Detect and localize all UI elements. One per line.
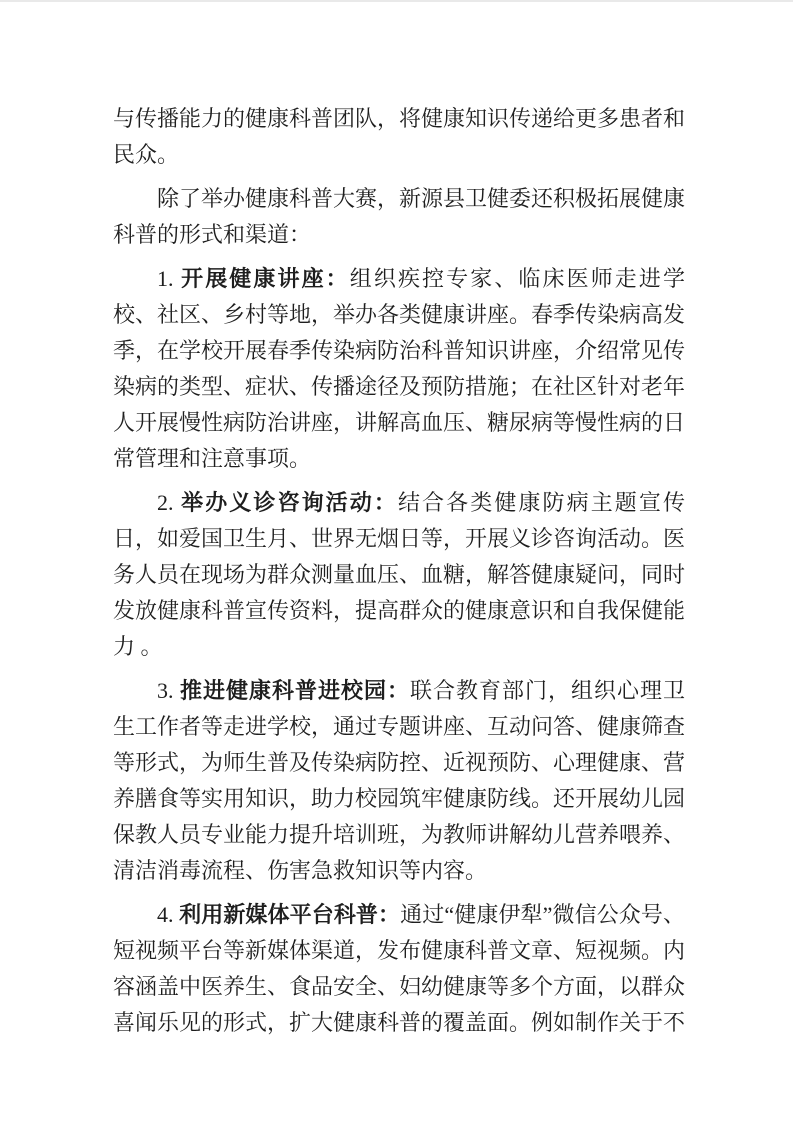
paragraph-intro: 除了举办健康科普大赛，新源县卫健委还积极拓展健康科普的形式和渠道： bbox=[113, 181, 685, 253]
list-item-1: 1. 开展健康讲座：组织疾控专家、临床医师走进学校、社区、乡村等地，举办各类健康… bbox=[113, 261, 685, 477]
item-2-body: 结合各类健康防病主题宣传日，如爱国卫生月、世界无烟日等，开展义诊咨询活动。医务人… bbox=[113, 490, 685, 659]
item-3-body: 联合教育部门，组织心理卫生工作者等走进学校，通过专题讲座、互动问答、健康筛查等形… bbox=[113, 678, 685, 883]
item-2-heading: 举办义诊咨询活动： bbox=[181, 490, 398, 515]
document-page: 与传播能力的健康科普团队，将健康知识传递给更多患者和民众。 除了举办健康科普大赛… bbox=[113, 0, 685, 1041]
item-4-number: 4. bbox=[157, 902, 179, 927]
item-2-number: 2. bbox=[157, 490, 181, 515]
list-item-4: 4. 利用新媒体平台科普：通过“健康伊犁”微信公众号、短视频平台等新媒体渠道，发… bbox=[113, 897, 685, 1041]
item-1-body: 组织疾控专家、临床医师走进学校、社区、乡村等地，举办各类健康讲座。春季传染病高发… bbox=[113, 266, 685, 471]
list-item-3: 3. 推进健康科普进校园：联合教育部门，组织心理卫生工作者等走进学校，通过专题讲… bbox=[113, 673, 685, 889]
paragraph-continuation: 与传播能力的健康科普团队，将健康知识传递给更多患者和民众。 bbox=[113, 101, 685, 173]
item-3-number: 3. bbox=[157, 678, 180, 703]
item-1-heading: 开展健康讲座： bbox=[181, 266, 350, 291]
item-4-heading: 利用新媒体平台科普： bbox=[179, 902, 400, 927]
list-item-2: 2. 举办义诊咨询活动：结合各类健康防病主题宣传日，如爱国卫生月、世界无烟日等，… bbox=[113, 485, 685, 665]
item-3-heading: 推进健康科普进校园： bbox=[180, 678, 410, 703]
item-1-number: 1. bbox=[157, 266, 181, 291]
